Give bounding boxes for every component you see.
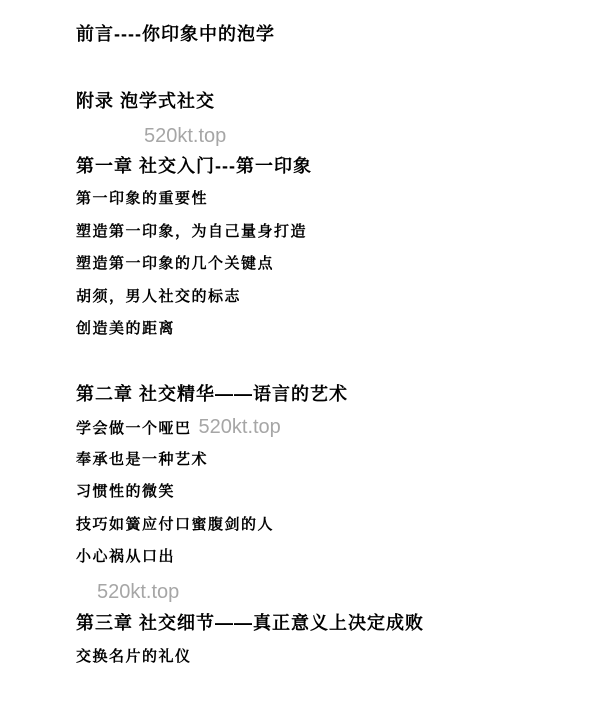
chapter-1-item-2: 塑造第一印象，为自己量身打造 <box>76 224 307 239</box>
preface-title: 前言----你印象中的泡学 <box>76 25 275 43</box>
chapter-3-item-1: 交换名片的礼仪 <box>76 649 192 664</box>
chapter-2-item-5: 小心祸从口出 <box>76 549 175 564</box>
chapter-1-item-1: 第一印象的重要性 <box>76 191 208 206</box>
chapter-2-item-4: 技巧如簧应付口蜜腹剑的人 <box>76 517 274 532</box>
chapter-1-title: 第一章 社交入门---第一印象 <box>76 157 312 175</box>
appendix-title: 附录 泡学式社交 <box>76 92 215 110</box>
chapter-2-item-3: 习惯性的微笑 <box>76 484 175 499</box>
watermark-text-inline: 520kt.top <box>199 416 281 438</box>
chapter-2-item-1: 学会做一个哑巴520kt.top <box>76 417 281 437</box>
chapter-2-item-2: 奉承也是一种艺术 <box>76 452 208 467</box>
chapter-1-item-3: 塑造第一印象的几个关键点 <box>76 256 274 271</box>
watermark-text-2: 520kt.top <box>97 582 179 602</box>
document-page: 前言----你印象中的泡学 附录 泡学式社交 520kt.top 第一章 社交入… <box>0 0 600 710</box>
chapter-1-item-4: 胡须，男人社交的标志 <box>76 289 241 304</box>
chapter-2-title: 第二章 社交精华——语言的艺术 <box>76 385 348 403</box>
chapter-2-item-1-label: 学会做一个哑巴 <box>76 420 192 437</box>
chapter-1-item-5: 创造美的距离 <box>76 321 175 336</box>
watermark-text: 520kt.top <box>144 126 226 146</box>
chapter-3-title: 第三章 社交细节——真正意义上决定成败 <box>76 614 424 632</box>
